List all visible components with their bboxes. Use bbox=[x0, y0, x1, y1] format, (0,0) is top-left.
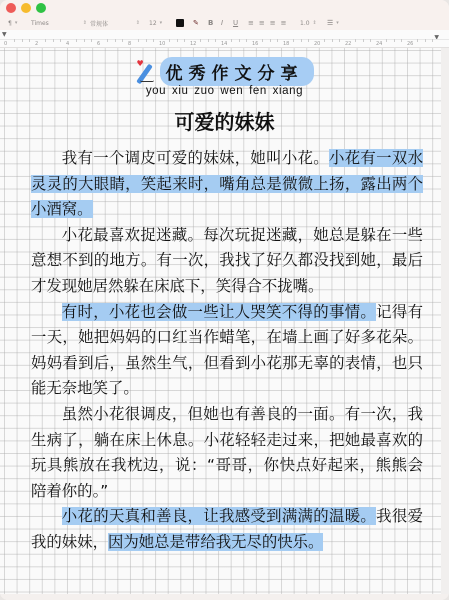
text-editor-window: ¶ ▾ Times ⇕ 常规体 ⇕ 12 ▾ ✎ B bbox=[0, 0, 449, 600]
font-style-select[interactable]: 常规体 ⇕ bbox=[90, 19, 140, 28]
brand-title: 优秀作文分享 bbox=[160, 57, 314, 86]
brand-header: ♥ 优秀作文分享 bbox=[0, 57, 449, 86]
highlight-button[interactable]: ✎ bbox=[193, 19, 199, 27]
ruler-tick-label: 20 bbox=[314, 41, 320, 47]
ruler-tick-label: 8 bbox=[128, 41, 131, 47]
stepper-icon: ⇕ bbox=[136, 20, 140, 26]
text-segment: 虽然小花很调皮，但她也有善良的一面。有一次，我生病了，躺在床上休息。小花轻轻走过… bbox=[31, 405, 423, 500]
ruler-tick-label: 22 bbox=[345, 41, 351, 47]
window-controls bbox=[6, 3, 46, 13]
highlighter-icon: ✎ bbox=[193, 19, 199, 27]
ruler-tick-label: 24 bbox=[376, 41, 382, 47]
ruler-tick-label: 18 bbox=[283, 41, 289, 47]
left-indent-marker[interactable]: ▼ bbox=[2, 31, 7, 38]
format-toolbar: ¶ ▾ Times ⇕ 常规体 ⇕ 12 ▾ ✎ B bbox=[0, 16, 449, 30]
ruler-tick-label: 12 bbox=[190, 41, 196, 47]
paragraph-style-select[interactable]: ¶ ▾ bbox=[8, 20, 17, 27]
color-swatch bbox=[176, 19, 184, 27]
selected-text: 小花的天真和善良，让我感受到满满的温暖。 bbox=[62, 507, 376, 525]
chevron-down-icon: ▾ bbox=[336, 20, 339, 26]
essay-paragraph: 虽然小花很调皮，但她也有善良的一面。有一次，我生病了，躺在床上休息。小花轻轻走过… bbox=[31, 402, 423, 504]
ruler-line bbox=[0, 39, 449, 40]
alignment-group: ≡ ≡ ≡ ≡ bbox=[248, 19, 287, 27]
bold-button[interactable]: B bbox=[208, 19, 213, 27]
ruler-tick-label: 6 bbox=[97, 41, 100, 47]
align-right-icon[interactable]: ≡ bbox=[270, 19, 276, 27]
align-left-icon[interactable]: ≡ bbox=[248, 19, 254, 27]
text-color-button[interactable] bbox=[176, 19, 184, 27]
paragraph-icon: ¶ bbox=[8, 20, 12, 27]
essay-body[interactable]: 我有一个调皮可爱的妹妹，她叫小花。小花有一双水灵灵的大眼睛，笑起来时，嘴角总是微… bbox=[31, 146, 423, 556]
underline-icon: U bbox=[233, 19, 238, 27]
list-style-select[interactable]: ☰ ▾ bbox=[327, 19, 339, 27]
align-justify-icon[interactable]: ≡ bbox=[281, 19, 287, 27]
font-size-value: 12 bbox=[149, 20, 157, 27]
line-spacing-value: 1.0 bbox=[300, 20, 310, 27]
selected-text: 因为她总是带给我无尽的快乐。 bbox=[108, 533, 323, 551]
underline-button[interactable]: U bbox=[233, 19, 238, 27]
list-icon: ☰ bbox=[327, 19, 333, 27]
align-center-icon[interactable]: ≡ bbox=[259, 19, 265, 27]
ruler-tick-label: 16 bbox=[252, 41, 258, 47]
window-bottom-edge bbox=[0, 594, 449, 600]
essay-paragraph: 小花的天真和善良，让我感受到满满的温暖。我很爱我的妹妹，因为她总是带给我无尽的快… bbox=[31, 504, 423, 555]
ruler-tick-label: 14 bbox=[221, 41, 227, 47]
heart-icon: ♥ bbox=[137, 59, 144, 68]
line-spacing-select[interactable]: 1.0 ⇕ bbox=[300, 20, 317, 27]
essay-title: 可爱的妹妹 bbox=[0, 106, 449, 135]
italic-button[interactable]: I bbox=[221, 19, 223, 27]
close-window-button[interactable] bbox=[6, 3, 16, 13]
text-segment: 小花最喜欢捉迷藏。每次玩捉迷藏，她总是躲在一些意想不到的地方。有一次，我找了好久… bbox=[31, 226, 423, 295]
ruler-tick-label: 26 bbox=[407, 41, 413, 47]
font-family-select[interactable]: Times ⇕ bbox=[31, 20, 87, 27]
text-segment: 我有一个调皮可爱的妹妹，她叫小花。 bbox=[62, 149, 329, 167]
italic-icon: I bbox=[221, 19, 223, 27]
ruler-tick-label: 4 bbox=[66, 41, 69, 47]
chevron-down-icon: ▾ bbox=[15, 20, 18, 26]
selected-text: 有时，小花也会做一些让人哭笑不得的事情。 bbox=[62, 303, 376, 321]
font-size-select[interactable]: 12 ▾ bbox=[149, 20, 162, 27]
title-bar: ¶ ▾ Times ⇕ 常规体 ⇕ 12 ▾ ✎ B bbox=[0, 0, 449, 30]
essay-paragraph: 小花最喜欢捉迷藏。每次玩捉迷藏，她总是躲在一些意想不到的地方。有一次，我找了好久… bbox=[31, 223, 423, 300]
ruler-tick-label: 0 bbox=[4, 41, 7, 47]
bold-icon: B bbox=[208, 19, 213, 27]
brand-pinyin: you xiu zuo wen fen xiang bbox=[0, 85, 449, 97]
font-family-value: Times bbox=[31, 20, 49, 27]
ruler[interactable]: ▼ ▼ 02468101214161820222426 bbox=[0, 30, 449, 48]
essay-paragraph: 我有一个调皮可爱的妹妹，她叫小花。小花有一双水灵灵的大眼睛，笑起来时，嘴角总是微… bbox=[31, 146, 423, 223]
minimize-window-button[interactable] bbox=[21, 3, 31, 13]
font-style-value: 常规体 bbox=[90, 19, 108, 28]
essay-paragraph: 有时，小花也会做一些让人哭笑不得的事情。记得有一天，她把妈妈的口红当作蜡笔，在墙… bbox=[31, 300, 423, 402]
ruler-tick-label: 10 bbox=[159, 41, 165, 47]
stepper-icon: ⇕ bbox=[313, 20, 317, 26]
maximize-window-button[interactable] bbox=[36, 3, 46, 13]
pen-icon: ♥ bbox=[136, 59, 158, 85]
ruler-tick-label: 2 bbox=[35, 41, 38, 47]
chevron-down-icon: ▾ bbox=[160, 20, 163, 26]
stepper-icon: ⇕ bbox=[83, 20, 87, 26]
